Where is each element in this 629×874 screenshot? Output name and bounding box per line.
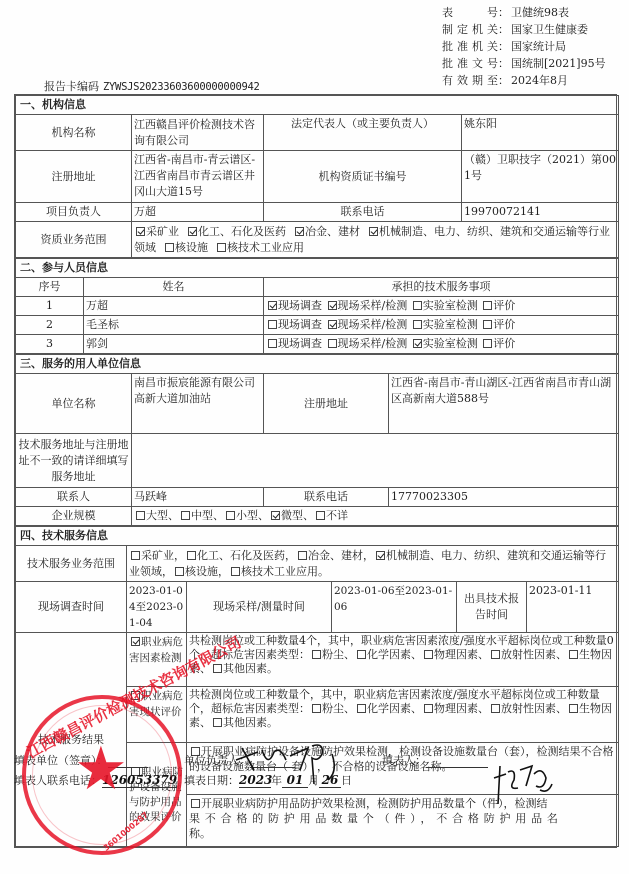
- checkbox-label: 现场采样/检测: [338, 318, 408, 331]
- checkbox-label: 现场采样/检测: [338, 299, 408, 312]
- label: 法定代表人（或主要负责人）: [264, 115, 462, 151]
- checkbox[interactable]: [569, 650, 578, 659]
- checkbox-label: 采矿业: [146, 225, 179, 238]
- meta-row: 表 号：卫健统98表: [442, 4, 606, 21]
- label: 机构资质证书编号: [264, 151, 462, 203]
- label: 注册地址: [16, 151, 132, 203]
- sampling-time: 2023-01-06至2023-01-06: [332, 582, 457, 633]
- checkbox-label: 化学因素: [367, 702, 411, 715]
- column-header: 承担的技术服务事项: [264, 278, 619, 297]
- filler-field: 填表人：: [382, 752, 488, 768]
- checkbox-label: 物理因素: [434, 648, 478, 661]
- checkbox[interactable]: [268, 320, 277, 329]
- person-name: 毛圣标: [84, 316, 264, 335]
- checkbox[interactable]: [369, 227, 378, 236]
- meta-value: 国统制[2021]95号: [511, 55, 606, 72]
- service-scope: 采矿业，化工、石化及医药，冶金、建材，机械制造、电力、纺织、建筑和交通运输等行业…: [127, 546, 619, 582]
- org-phone: 19970072141: [462, 203, 619, 222]
- checkbox[interactable]: [213, 664, 222, 673]
- checkbox-label: 粉尘: [322, 648, 344, 661]
- section-org-info: 一、机构信息 机构名称 江西赣昌评价检测技术咨询有限公司 法定代表人（或主要负责…: [15, 95, 619, 258]
- filler-phone-field: 填表人联系电话：126053379: [14, 772, 177, 788]
- row-no: 1: [16, 297, 84, 316]
- checkbox-label: 核设施: [175, 241, 208, 254]
- meta-value: 国家统计局: [511, 38, 566, 55]
- checkbox[interactable]: [483, 320, 492, 329]
- meta-key: 批准机关: [442, 38, 498, 55]
- checkbox[interactable]: [569, 704, 578, 713]
- section-title: 三、服务的用人单位信息: [16, 355, 619, 374]
- checkbox[interactable]: [175, 567, 184, 576]
- form-meta: 表 号：卫健统98表 制定机关：国家卫生健康委 批准机关：国家统计局 批准文号：…: [442, 4, 606, 89]
- checkbox-label: 采矿业: [141, 549, 174, 562]
- checkbox[interactable]: [271, 511, 280, 520]
- label: 填表人：: [382, 754, 426, 767]
- table-row: 1 万超 现场调查 现场采样/检测 实验室检测 评价: [16, 297, 619, 316]
- column-header: 序号: [16, 278, 84, 297]
- label: 技术服务地址与注册地址不一致的请详细填写服务地址: [16, 434, 132, 488]
- org-name: 江西赣昌评价检测技术咨询有限公司: [132, 115, 264, 151]
- result-type: 职业病危害因素检测: [127, 633, 187, 687]
- unit-phone: 17770023305: [389, 488, 619, 507]
- unit-head-signature: [228, 740, 358, 790]
- tasks: 现场调查 现场采样/检测 实验室检测 评价: [264, 335, 619, 354]
- section-employer-info: 三、服务的用人单位信息 单位名称 南昌市振宸能源有限公司高新大道加油站 注册地址…: [15, 354, 619, 526]
- label: 单位名称: [16, 374, 132, 434]
- checkbox-label: 小型: [236, 509, 258, 522]
- result-desc: 果不合格的防护用品数量个（件），不合格防护用品名: [189, 812, 563, 825]
- meta-key: 有效期至: [442, 72, 498, 89]
- label: 出具技术报告时间: [457, 582, 527, 633]
- checkbox[interactable]: [328, 320, 337, 329]
- checkbox[interactable]: [131, 637, 140, 646]
- checkbox[interactable]: [491, 704, 500, 713]
- report-form: 一、机构信息 机构名称 江西赣昌评价检测技术咨询有限公司 法定代表人（或主要负责…: [14, 94, 617, 848]
- checkbox-label: 微型: [281, 509, 303, 522]
- checkbox-label: 不详: [326, 509, 348, 522]
- org-reg-addr: 江西省-南昌市-青云谱区-江西省南昌市青云谱区井冈山大道15号: [132, 151, 264, 203]
- checkbox-label: 中型: [191, 509, 213, 522]
- label: 注册地址: [264, 374, 389, 434]
- label: 现场调查时间: [16, 582, 127, 633]
- checkbox[interactable]: [357, 650, 366, 659]
- checkbox[interactable]: [188, 227, 197, 236]
- filler-signature: [488, 760, 558, 810]
- label: 企业规模: [16, 507, 132, 526]
- checkbox[interactable]: [424, 650, 433, 659]
- column-header: 姓名: [84, 278, 264, 297]
- checkbox[interactable]: [491, 650, 500, 659]
- table-row: 2 毛圣标 现场调查 现场采样/检测 实验室检测 评价: [16, 316, 619, 335]
- label: 联系人: [16, 488, 132, 507]
- label: 填表人联系电话：: [14, 774, 102, 787]
- table-row: 3 郭剑 现场调查 现场采样/检测 实验室检测 评价: [16, 335, 619, 354]
- cert-no: （赣）卫职技字（2021）第001号: [462, 151, 619, 203]
- checkbox[interactable]: [376, 551, 385, 560]
- checkbox[interactable]: [187, 551, 196, 560]
- checkbox[interactable]: [226, 511, 235, 520]
- filler-phone[interactable]: 126053379: [102, 773, 177, 788]
- row-no: 3: [16, 335, 84, 354]
- checkbox[interactable]: [231, 567, 240, 576]
- report-card-label: 报告卡编码: [44, 80, 99, 93]
- checkbox[interactable]: [483, 339, 492, 348]
- checkbox[interactable]: [213, 718, 222, 727]
- checkbox-label: 实验室检测: [423, 337, 478, 350]
- section-title: 四、技术服务信息: [16, 527, 619, 546]
- qualification-scope: 采矿业 化工、石化及医药 冶金、建材 机械制造、电力、纺织、建筑和交通运输等行业…: [132, 222, 619, 258]
- row-no: 2: [16, 316, 84, 335]
- report-time: 2023-01-11: [527, 582, 619, 633]
- meta-row: 批准文号：国统制[2021]95号: [442, 55, 606, 72]
- checkbox[interactable]: [483, 301, 492, 310]
- enterprise-size: 大型、中型、小型、微型、不详: [132, 507, 619, 526]
- checkbox[interactable]: [181, 511, 190, 520]
- unit-name: 南昌市振宸能源有限公司高新大道加油站: [132, 374, 264, 434]
- checkbox-label: 核设施: [185, 565, 218, 578]
- checkbox[interactable]: [136, 227, 145, 236]
- meta-row: 批准机关：国家统计局: [442, 38, 606, 55]
- checkbox[interactable]: [136, 511, 145, 520]
- checkbox[interactable]: [295, 227, 304, 236]
- checkbox[interactable]: [131, 551, 140, 560]
- meta-value: 2024年8月: [511, 72, 568, 89]
- checkbox[interactable]: [413, 339, 422, 348]
- section-personnel: 二、参与人员信息 序号 姓名 承担的技术服务事项 1 万超 现场调查 现场采样/…: [15, 258, 619, 354]
- checkbox[interactable]: [131, 691, 140, 700]
- section-title: 一、机构信息: [16, 96, 619, 115]
- meta-key: 表 号: [442, 4, 498, 21]
- checkbox[interactable]: [413, 320, 422, 329]
- checkbox-label: 物理因素: [434, 702, 478, 715]
- checkbox[interactable]: [424, 704, 433, 713]
- meta-value: 卫健统98表: [511, 4, 569, 21]
- label: 技术服务结果: [16, 633, 127, 847]
- contact-person: 马跃峰: [132, 488, 264, 507]
- checkbox[interactable]: [357, 704, 366, 713]
- label: 填表单位（签章）：: [14, 754, 108, 767]
- result-type: 职业病危害现状评价: [127, 687, 187, 743]
- checkbox-label: 其他因素: [223, 716, 267, 729]
- checkbox-label: 现场调查: [278, 299, 322, 312]
- checkbox[interactable]: [316, 511, 325, 520]
- unit-sign-field: 填表单位（签章）：: [14, 752, 148, 768]
- checkbox-label: 核技术工业应用: [241, 565, 318, 578]
- label: 机构名称: [16, 115, 132, 151]
- checkbox-label: 放射性因素: [501, 648, 556, 661]
- checkbox[interactable]: [268, 339, 277, 348]
- meta-key: 制定机关: [442, 21, 498, 38]
- meta-row: 制定机关：国家卫生健康委: [442, 21, 606, 38]
- person-name: 郭剑: [84, 335, 264, 354]
- legal-rep: 姚东阳: [462, 115, 619, 151]
- result-desc: 称。: [189, 827, 211, 840]
- label: 联系电话: [264, 203, 462, 222]
- checkbox-label: 实验室检测: [423, 299, 478, 312]
- checkbox-label: 实验室检测: [423, 318, 478, 331]
- checkbox-label: 现场采样/检测: [338, 337, 408, 350]
- checkbox-label: 放射性因素: [501, 702, 556, 715]
- checkbox[interactable]: [298, 551, 307, 560]
- checkbox-label: 评价: [493, 337, 515, 350]
- tasks: 现场调查 现场采样/检测 实验室检测 评价: [264, 297, 619, 316]
- checkbox-label: 评价: [493, 299, 515, 312]
- checkbox-label: 现场调查: [278, 337, 322, 350]
- unit-reg-addr: 江西省-南昌市-青山湖区-江西省南昌市青山湖区高新南大道588号: [389, 374, 619, 434]
- person-name: 万超: [84, 297, 264, 316]
- label: 联系电话: [264, 488, 389, 507]
- label: 资质业务范围: [16, 222, 132, 258]
- unit-sign-line[interactable]: [108, 756, 148, 768]
- checkbox[interactable]: [413, 301, 422, 310]
- checkbox-label: 其他因素: [223, 662, 267, 675]
- checkbox[interactable]: [328, 339, 337, 348]
- service-addr: [132, 434, 619, 488]
- checkbox[interactable]: [312, 650, 321, 659]
- checkbox[interactable]: [312, 704, 321, 713]
- checkbox-label: 冶金、建材: [305, 225, 360, 238]
- survey-time: 2023-01-04至2023-01-04: [127, 582, 187, 633]
- label: 项目负责人: [16, 203, 132, 222]
- label: 技术服务业务范围: [16, 546, 127, 582]
- checkbox-label: 化工、石化及医药: [198, 225, 286, 238]
- checkbox[interactable]: [268, 301, 277, 310]
- meta-row: 有效期至：2024年8月: [442, 72, 606, 89]
- project-manager: 万超: [132, 203, 264, 222]
- label: 现场采样/测量时间: [187, 582, 332, 633]
- checkbox-label: 粉尘: [322, 702, 344, 715]
- checkbox[interactable]: [165, 243, 174, 252]
- meta-key: 批准文号: [442, 55, 498, 72]
- checkbox[interactable]: [217, 243, 226, 252]
- meta-value: 国家卫生健康委: [511, 21, 588, 38]
- result-text: 共检测岗位或工种数量个，其中，职业病危害因素浓度/强度水平超标岗位或工种数量个，…: [187, 687, 619, 743]
- tasks: 现场调查 现场采样/检测 实验室检测 评价: [264, 316, 619, 335]
- filler-sign-line[interactable]: [426, 756, 488, 768]
- checkbox-label: 大型: [146, 509, 168, 522]
- checkbox-label: 化学因素: [367, 648, 411, 661]
- checkbox-label: 评价: [493, 318, 515, 331]
- section-title: 二、参与人员信息: [16, 259, 619, 278]
- checkbox-label: 冶金、建材: [308, 549, 363, 562]
- checkbox[interactable]: [328, 301, 337, 310]
- report-card-code: ZYWSJS20233603600000000942: [103, 81, 260, 93]
- checkbox-label: 化工、石化及医药: [197, 549, 285, 562]
- checkbox-label: 核技术工业应用: [227, 241, 304, 254]
- checkbox-label: 现场调查: [278, 318, 322, 331]
- report-card-number: 报告卡编码ZYWSJS20233603600000000942: [44, 78, 260, 94]
- result-text: 共检测岗位或工种数量4个，其中，职业病危害因素浓度/强度水平超标岗位或工种数量0…: [187, 633, 619, 687]
